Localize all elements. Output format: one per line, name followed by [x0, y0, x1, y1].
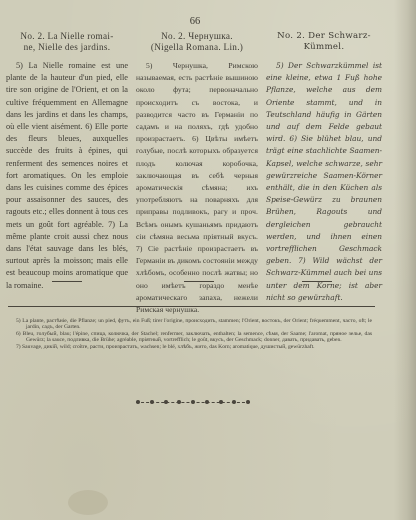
heading-line-1: No. 2. La Nielle romai- — [20, 31, 113, 41]
column-german: No. 2. Der Schwarz- Kümmel. 5) Der Schwa… — [266, 31, 382, 304]
column-heading: No. 2. La Nielle romai- ne, Nielle des j… — [6, 31, 128, 53]
footnote-6: 6) Bleu, голубый, blau; l'épine, спица, … — [16, 331, 372, 344]
column-russian: No. 2. Чернушка. (Nigella Romana. Lin.) … — [136, 31, 258, 316]
footnote-7: 7) Sauvage, дикій, wild; croître, расти,… — [16, 344, 372, 350]
heading-line-2: ne, Nielle des jardins. — [6, 42, 128, 53]
page-number: 66 — [0, 16, 390, 27]
footnote-5: 5) La plante, растѣніе, die Pflanze; un … — [16, 318, 372, 331]
heading-line-2: (Nigella Romana. Lin.) — [136, 42, 258, 53]
paper-stain — [68, 490, 108, 515]
ornamental-divider — [136, 399, 250, 405]
heading-line-2: Kümmel. — [266, 42, 382, 53]
column-text: 5) La Nielle romaine est une plante de l… — [6, 60, 128, 292]
column-text: 5) Der Schwarzkümmel ist eine kleine, et… — [266, 60, 382, 304]
footnote-separator — [8, 306, 375, 307]
footnotes: 5) La plante, растѣніе, die Pflanze; un … — [16, 318, 372, 350]
page-edge-shadow — [394, 0, 416, 520]
column-heading: No. 2. Der Schwarz- Kümmel. — [266, 31, 382, 53]
column-end-rule — [52, 281, 82, 282]
column-heading: No. 2. Чернушка. (Nigella Romana. Lin.) — [136, 31, 258, 53]
column-french: No. 2. La Nielle romai- ne, Nielle des j… — [6, 31, 128, 292]
column-text: 5) Чернушка, Римскою называемая, есть ра… — [136, 60, 258, 316]
heading-line-1: No. 2. Der Schwarz- — [277, 31, 371, 41]
column-end-rule — [302, 281, 332, 282]
column-end-rule — [184, 281, 214, 282]
heading-line-1: No. 2. Чернушка. — [161, 31, 233, 41]
